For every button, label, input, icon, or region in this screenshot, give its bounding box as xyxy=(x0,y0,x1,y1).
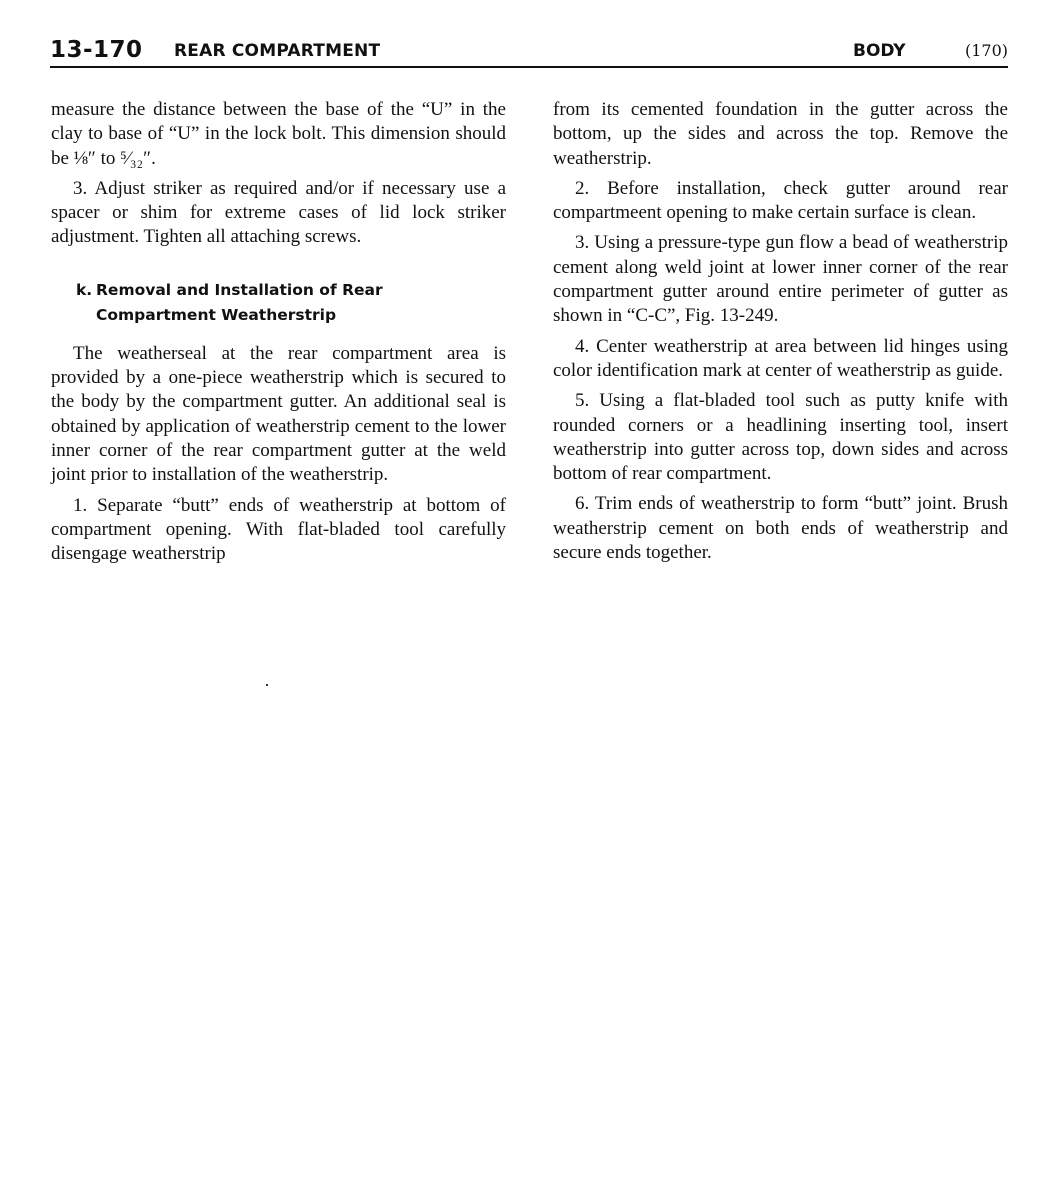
step-2-check-gutter: 2. Before installation, check gutter aro… xyxy=(553,177,1008,226)
continued-paragraph: measure the distance between the base of… xyxy=(51,98,506,171)
page-header: 13-170 REAR COMPARTMENT BODY (170) xyxy=(50,36,1008,68)
step-3-adjust-striker: 3. Adjust striker as required and/or if … xyxy=(51,177,506,250)
left-column: measure the distance between the base of… xyxy=(51,98,506,572)
folio-number: (170) xyxy=(965,39,1008,63)
intro-paragraph: The weatherseal at the rear compartment … xyxy=(51,342,506,488)
step-6-trim-ends: 6. Trim ends of weatherstrip to form “bu… xyxy=(553,492,1008,565)
section-letter: k. xyxy=(76,278,92,303)
step-3-apply-cement: 3. Using a pressure-type gun flow a bead… xyxy=(553,231,1008,328)
page-number: 13-170 xyxy=(50,36,143,64)
step-5-insert-weatherstrip: 5. Using a flat-bladed tool such as putt… xyxy=(553,389,1008,486)
step-1-separate-ends: 1. Separate “butt” ends of weatherstrip … xyxy=(51,494,506,567)
chapter-title: BODY xyxy=(853,39,906,63)
step-1-continued: from its cemented foundation in the gutt… xyxy=(553,98,1008,171)
section-title: REAR COMPARTMENT xyxy=(174,39,380,63)
section-heading-k: k. Removal and Installation of Rear Comp… xyxy=(51,278,506,328)
scan-speck xyxy=(266,684,268,686)
right-column: from its cemented foundation in the gutt… xyxy=(553,98,1008,571)
step-4-center-weatherstrip: 4. Center weatherstrip at area between l… xyxy=(553,335,1008,384)
section-heading-title: Removal and Installation of Rear Compart… xyxy=(96,278,506,328)
